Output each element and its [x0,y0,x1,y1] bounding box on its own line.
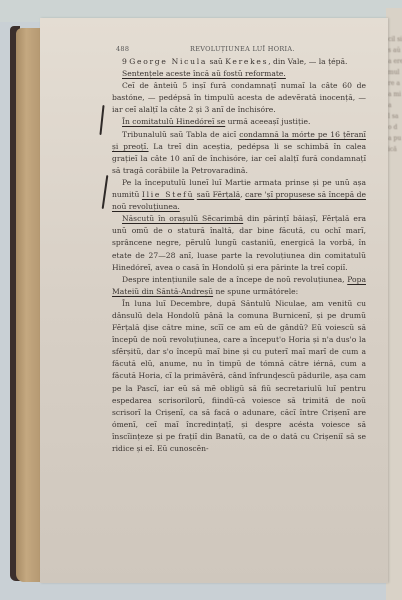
text-segment: , din Vale, — la țépă. [268,57,347,66]
text-segment: George Nicula [129,57,207,66]
facing-page-edge: cil sis aŭa eremulre aa mial sao da puic… [386,8,402,600]
paragraph-p4: În comitatulŭ Hinedóreĭ se urmă aceeașĭ … [112,116,366,128]
page-number: 488 [116,45,129,53]
text-segment: Ceĭ de ânteiŭ 5 inșĭ fură condamnațĭ num… [112,81,366,114]
underlined-text: Ilie Stefŭ [142,190,194,199]
text-segment: Despre intențiunile sale de a începe de … [122,275,347,284]
paragraph-p9: În luna luĭ Decembre, după Săntulŭ Nicul… [112,298,366,455]
underlined-text: Sentențele aceste încă aŭ fostŭ reformat… [122,69,286,78]
text-segment: saŭ [207,57,225,66]
paragraph-p1: 9 George Nicula saŭ Kerekes, din Vale, —… [112,56,366,68]
text-segment: Kerekes [225,57,268,66]
page-edges [16,28,42,582]
page-body: 9 George Nicula saŭ Kerekes, din Vale, —… [112,56,366,455]
text-segment: În luna luĭ Decembre, după Săntulŭ Nicul… [112,299,366,453]
running-head-title: REVOLUȚIUNEA LUĬ HORIA. [190,45,295,53]
paragraph-p6: Pe la începutulŭ luneĭ luĭ Martie armata… [112,177,366,213]
text-segment: Tribunalulŭ saŭ Tabla de aicĭ [122,130,239,139]
text-segment: ne spune următórele: [213,287,298,296]
underlined-text: Născutŭ în orașulŭ Sĕcarimbă [122,214,243,223]
paragraph-p2: Sentențele aceste încă aŭ fostŭ reformat… [112,68,366,80]
paragraph-p8: Despre intențiunile sale de a începe de … [112,274,366,298]
paragraph-p3: Ceĭ de ânteiŭ 5 inșĭ fură condamnațĭ num… [112,80,366,116]
underlined-text: saŭ Fĕrțală [197,190,240,199]
paragraph-p5: Tribunalulŭ saŭ Tabla de aicĭ condamnă l… [112,129,366,177]
text-segment: La treĭ din aceștia, pedépsa li se schim… [112,142,366,175]
facing-page-text: cil sis aŭa eremulre aa mial sao da puic… [386,8,402,155]
text-segment: urmă aceeașĭ justiție. [225,117,310,126]
paragraph-p7: Născutŭ în orașulŭ Sĕcarimbă din părințĭ… [112,213,366,273]
underlined-text: În comitatulŭ Hinedóreĭ se [122,117,225,126]
